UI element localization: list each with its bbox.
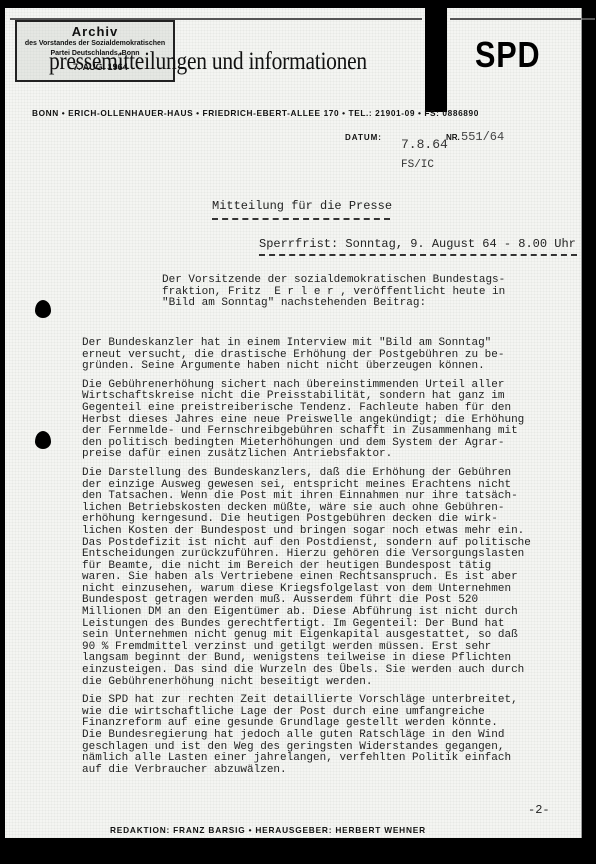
stamp-title: Archiv	[17, 24, 173, 39]
paragraph: Der Bundeskanzler hat in einem Interview…	[82, 338, 582, 373]
embargo-line: Sperrfrist: Sonntag, 9. August 64 - 8.00…	[259, 237, 576, 251]
headline: Mitteilung für die Presse	[212, 199, 392, 213]
punch-hole-icon	[35, 431, 51, 449]
paragraph: Die Gebührenerhöhung sichert nach überei…	[82, 380, 582, 461]
headline-underline	[212, 218, 390, 220]
paragraph: Die Darstellung des Bundeskanzlers, daß …	[82, 468, 582, 688]
article-body: Der Bundeskanzler hat in einem Interview…	[82, 338, 582, 783]
stamp-line-1: des Vorstandes der Sozialdemokratischen	[17, 40, 173, 47]
top-rule-right	[450, 18, 595, 20]
page-edge	[581, 8, 582, 838]
scan-artifact-bar	[425, 8, 447, 112]
masthead-title: pressemitteilungen und informationen	[49, 48, 367, 76]
spd-logo: SPD	[475, 34, 540, 76]
initials: FS/IC	[401, 159, 434, 171]
document-page: Archiv des Vorstandes der Sozialdemokrat…	[5, 8, 581, 838]
intro-paragraph: Der Vorsitzende der sozialdemokratischen…	[162, 275, 582, 310]
embargo-underline	[259, 254, 577, 256]
page-number: -2-	[528, 803, 550, 817]
date-value: 7.8.64	[401, 137, 448, 152]
number-label: NR.	[446, 133, 460, 142]
number-value: 551/64	[461, 130, 504, 144]
paragraph: Die SPD hat zur rechten Zeit detailliert…	[82, 695, 582, 776]
date-label: DATUM:	[345, 133, 382, 142]
punch-hole-icon	[35, 300, 51, 318]
footer-credits: REDAKTION: FRANZ BARSIG • HERAUSGEBER: H…	[110, 825, 426, 835]
address-line: BONN • ERICH-OLLENHAUER-HAUS • FRIEDRICH…	[32, 108, 577, 118]
